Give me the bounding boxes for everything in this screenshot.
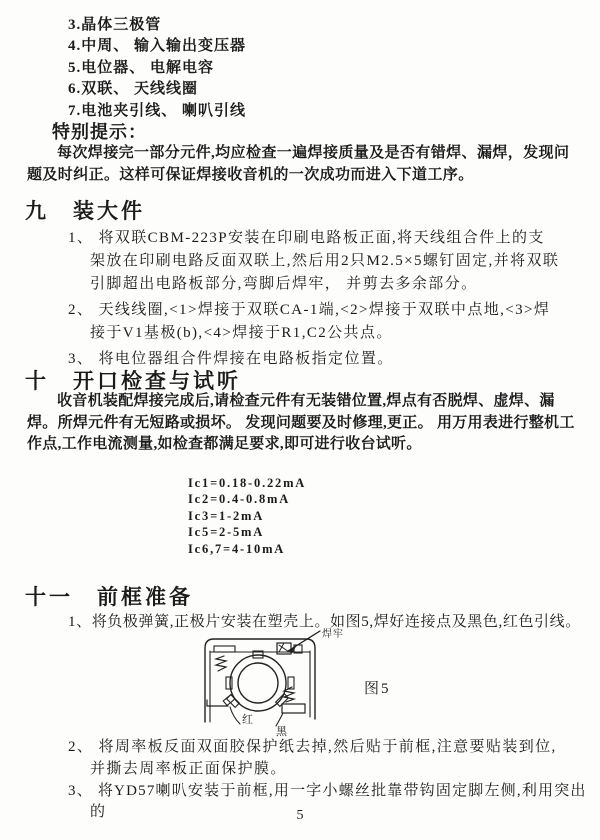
parts-list-item: 4.中周、 输入输出变压器 — [68, 36, 246, 57]
ic-value: Ic5=2-5mA — [188, 524, 306, 540]
figure-5-drawing: 焊牢 红 黑 图5 — [180, 625, 420, 743]
ic-value: Ic3=1-2mA — [188, 508, 306, 524]
page-number: 5 — [0, 808, 600, 824]
red-lead-line — [230, 707, 240, 724]
section11-heading: 十一 前框准备 — [25, 581, 193, 611]
label-red: 红 — [242, 713, 253, 726]
section9-items: 1、 将双联CBM-223P安装在印刷电路板正面,将天线组合件上的支架放在印刷电… — [68, 227, 560, 374]
section11-item-2: 2、 将周率板反面双面胶保护纸去掉,然后贴于前框,注意要贴装到位,并撕去周率板正… — [68, 737, 568, 780]
parts-list-item: 3.晶体三极管 — [68, 15, 246, 36]
battery-clip-rect — [282, 704, 305, 713]
ic-value: Ic1=0.18-0.22mA — [188, 475, 306, 491]
label-solder: 焊牢 — [322, 627, 344, 640]
figure-5: 焊牢 红 黑 图5 — [180, 625, 420, 743]
negative-spring-icon — [216, 656, 226, 671]
black-lead-line — [276, 713, 283, 726]
section9-item-1: 1、 将双联CBM-223P安装在印刷电路板正面,将天线组合件上的支架放在印刷电… — [68, 227, 560, 296]
collector-current-list: Ic1=0.18-0.22mA Ic2=0.4-0.8mA Ic3=1-2mA … — [188, 475, 306, 557]
special-note-heading: 特别提示： — [52, 118, 147, 144]
ic-value: Ic2=0.4-0.8mA — [188, 491, 306, 507]
manual-page: 3.晶体三极管 4.中周、 输入输出变压器 5.电位器、 电解电容 6.双联、 … — [0, 0, 600, 840]
ring-tab-left — [226, 677, 232, 689]
parts-list: 3.晶体三极管 4.中周、 输入输出变压器 5.电位器、 电解电容 6.双联、 … — [68, 15, 246, 122]
figure-caption: 图5 — [364, 680, 391, 697]
special-note-body: 每次焊接完一部分元件,均应检查一遍焊接质量及是否有错焊、漏焊，发现问题及时纠正。… — [27, 143, 583, 186]
section10-body: 收音机装配焊接完成后,请检查元件有无装错位置,焊点有否脱焊、虚焊、漏焊。所焊元件… — [27, 391, 585, 456]
section9-item-2: 2、 天线线圈,<1>焊接于双联CA-1端,<2>焊接于双联中点地,<3>焊接于… — [68, 299, 560, 345]
contact-strip-left — [214, 646, 235, 652]
ic-value: Ic6,7=4-10mA — [188, 541, 306, 557]
parts-list-item: 6.双联、 天线线圈 — [68, 79, 246, 100]
speaker-ring-inner — [238, 663, 278, 703]
parts-list-item: 5.电位器、 电解电容 — [68, 58, 246, 79]
section9-heading: 九 装大件 — [25, 195, 145, 225]
